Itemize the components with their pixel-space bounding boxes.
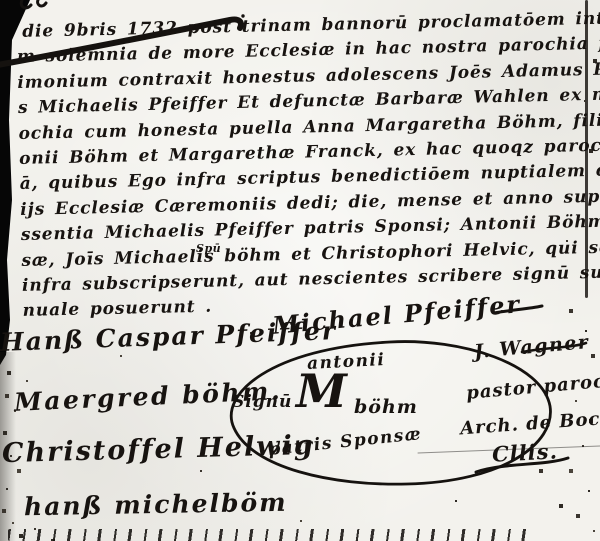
seal-name-right: böhm xyxy=(354,396,418,418)
seal-hand-mark: M xyxy=(296,368,347,414)
paper-speckles xyxy=(0,0,2,2)
pastor-flourish: Cllis. xyxy=(491,438,558,466)
signature-hans-michel-boehm: hanß michelböm xyxy=(24,488,288,522)
cut-glyph-top-left-2 xyxy=(38,0,46,6)
cut-off-next-line xyxy=(8,529,528,541)
manuscript-page: die 9bris 1732 post trinam bannorū procl… xyxy=(0,0,600,541)
register-entry-text: die 9bris 1732 post trinam bannorū procl… xyxy=(16,7,600,325)
seal-label-left: Signū xyxy=(232,392,292,412)
interlinear-insertion: Spū xyxy=(196,242,221,255)
